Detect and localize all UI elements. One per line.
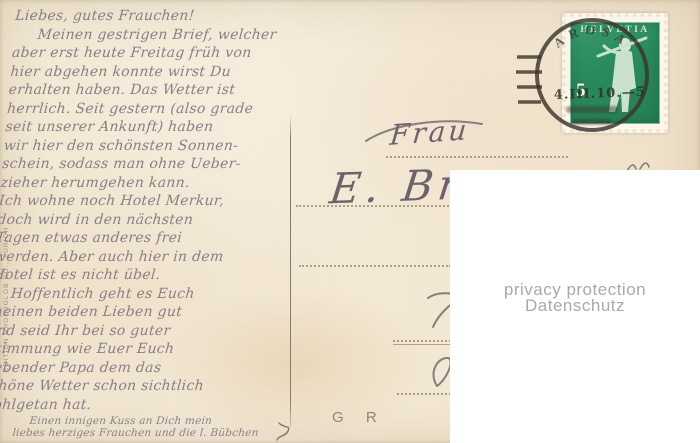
message-line: liebender Papa dem das	[0, 359, 265, 378]
privacy-overlay-line2: Datenschutz	[450, 298, 700, 314]
message-line: Ich wohne noch Hotel Merkur,	[0, 192, 280, 211]
postmark-killer-bars	[516, 57, 542, 102]
message-line: aber erst heute Freitag früh von	[11, 44, 293, 63]
message-line: Stimmung wie Euer Euch	[0, 340, 267, 359]
message-line: herrlich. Seit gestern (also grade	[6, 100, 288, 119]
stamp-country-label: HELVETIA	[570, 25, 660, 35]
message-line: meinen beiden Lieben gut	[0, 303, 270, 322]
message-line: Hoffentlich geht es Euch	[0, 285, 272, 304]
postcard-divider-line	[290, 114, 291, 427]
postage-stamp: HELVETIA 5	[562, 13, 668, 133]
message-line: erhalten haben. Das Wetter ist	[8, 81, 290, 100]
message-closing: Einen innigen Kuss an Dich mein liebes h…	[12, 416, 324, 439]
handwritten-message: Liebes, gutes Frauchen! Meinen gestrigen…	[0, 7, 296, 414]
address-letter-fragment	[433, 358, 450, 386]
address-name-fragment: E. Br	[327, 160, 466, 214]
address-dotted-line	[393, 340, 451, 342]
message-line: wohlgetan hat.	[0, 396, 262, 415]
publisher-imprint: EDITION PHOTOGLOB CO., ZÜRICH	[3, 226, 10, 372]
message-line: werden. Aber auch hier in dem	[0, 248, 275, 267]
message-line: doch wird in den nächsten	[0, 211, 278, 230]
message-line: wir hier den schönsten Sonnen-	[3, 137, 285, 156]
message-line: liebes herziges Frauchen und die l. Bübc…	[12, 428, 323, 440]
address-dotted-line	[299, 265, 451, 267]
pencil-note: G R	[332, 409, 386, 426]
address-salutation: Frau	[389, 113, 471, 152]
address-dotted-line	[397, 393, 451, 395]
address-rule-line	[393, 344, 451, 345]
address-dotted-line	[386, 156, 568, 158]
stamp-value-numeral: 5	[576, 80, 586, 102]
message-line: schein, sodass man ohne Ueber-	[1, 155, 283, 174]
privacy-protection-overlay: privacy protection Datenschutz	[450, 170, 700, 443]
message-line: hier abgehen konnte wirst Du	[10, 63, 292, 82]
message-line: Tagen etwas anderes frei	[0, 229, 277, 248]
message-line: Meinen gestrigen Brief, welcher	[13, 26, 295, 45]
message-line: Liebes, gutes Frauchen!	[14, 7, 296, 26]
message-line: schöne Wetter schon sichtlich	[0, 377, 264, 396]
message-line: Hotel ist es nicht übel.	[0, 266, 273, 285]
postcard-back-scan: Liebes, gutes Frauchen! Meinen gestrigen…	[0, 0, 700, 443]
stamp-green-panel: HELVETIA 5	[570, 22, 660, 124]
message-line: zieher herumgehen kann.	[0, 174, 281, 193]
message-line: seit unserer Ankunft) haben	[5, 118, 287, 137]
message-line: Einen innigen Kuss an Dich mein	[13, 416, 324, 428]
message-line: und seid Ihr bei so guter	[0, 322, 268, 341]
